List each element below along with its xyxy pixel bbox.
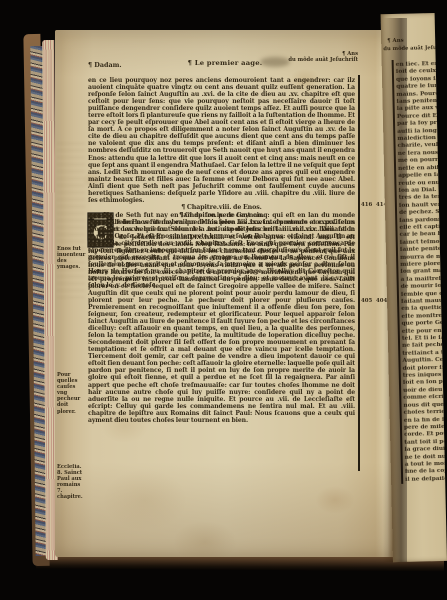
right-page-text-column: en ſiec. Et en ceſoit de ceulx quique ſo… — [396, 61, 446, 484]
right-page-partial: ¶ Ans du mõde auãt Jeſuchriſt en ſiec. E… — [381, 13, 447, 562]
year-columns-label-line2: du mõde auãt Jeſuchriſt — [250, 57, 358, 63]
paragraph-caynan-text: aynan filz de Enos fut nay en lan de ſon… — [88, 219, 355, 423]
year-world-row1: 416 — [361, 202, 375, 208]
left-page: ¶ Dadam. ¶ Le premier aage. ¶ Ans du mõd… — [55, 30, 396, 557]
paragraph-seth: en ce lieu pourquoy noz peres anciens de… — [88, 77, 355, 204]
chapter-heading-enos: ¶ Chapitre.viii. de Enos. — [88, 204, 355, 211]
printed-margin-rule — [358, 75, 360, 471]
main-text-column: en ce lieu pourquoy noz peres anciens de… — [88, 77, 355, 219]
marginal-note-enos-images: Enos fut inuenteur des ymages. — [57, 246, 86, 270]
right-page-years-label-line2: du mõde auãt Jeſuchriſt — [383, 45, 447, 53]
running-header-left: ¶ Dadam. — [88, 61, 122, 69]
marginal-note-ecclesia-paul: Eccleſia. 8. Sainct Paul aux romains 7. … — [57, 464, 86, 501]
ink-showthrough-margin — [57, 138, 85, 298]
right-page-years-label-line1: ¶ Ans — [387, 38, 404, 44]
year-world-row2: 405 — [361, 298, 375, 304]
year-columns-label: ¶ Ans du mõde auãt Jeſuchriſt — [250, 51, 358, 63]
book-photograph: ¶ Dadam. ¶ Le premier aage. ¶ Ans du mõd… — [0, 0, 447, 600]
right-page-text-line: il ne deſpaiſe ſa — [405, 476, 445, 484]
marginal-note-sinner-weep: Pour quelles cauſes vng pecheur doit plo… — [57, 372, 86, 415]
